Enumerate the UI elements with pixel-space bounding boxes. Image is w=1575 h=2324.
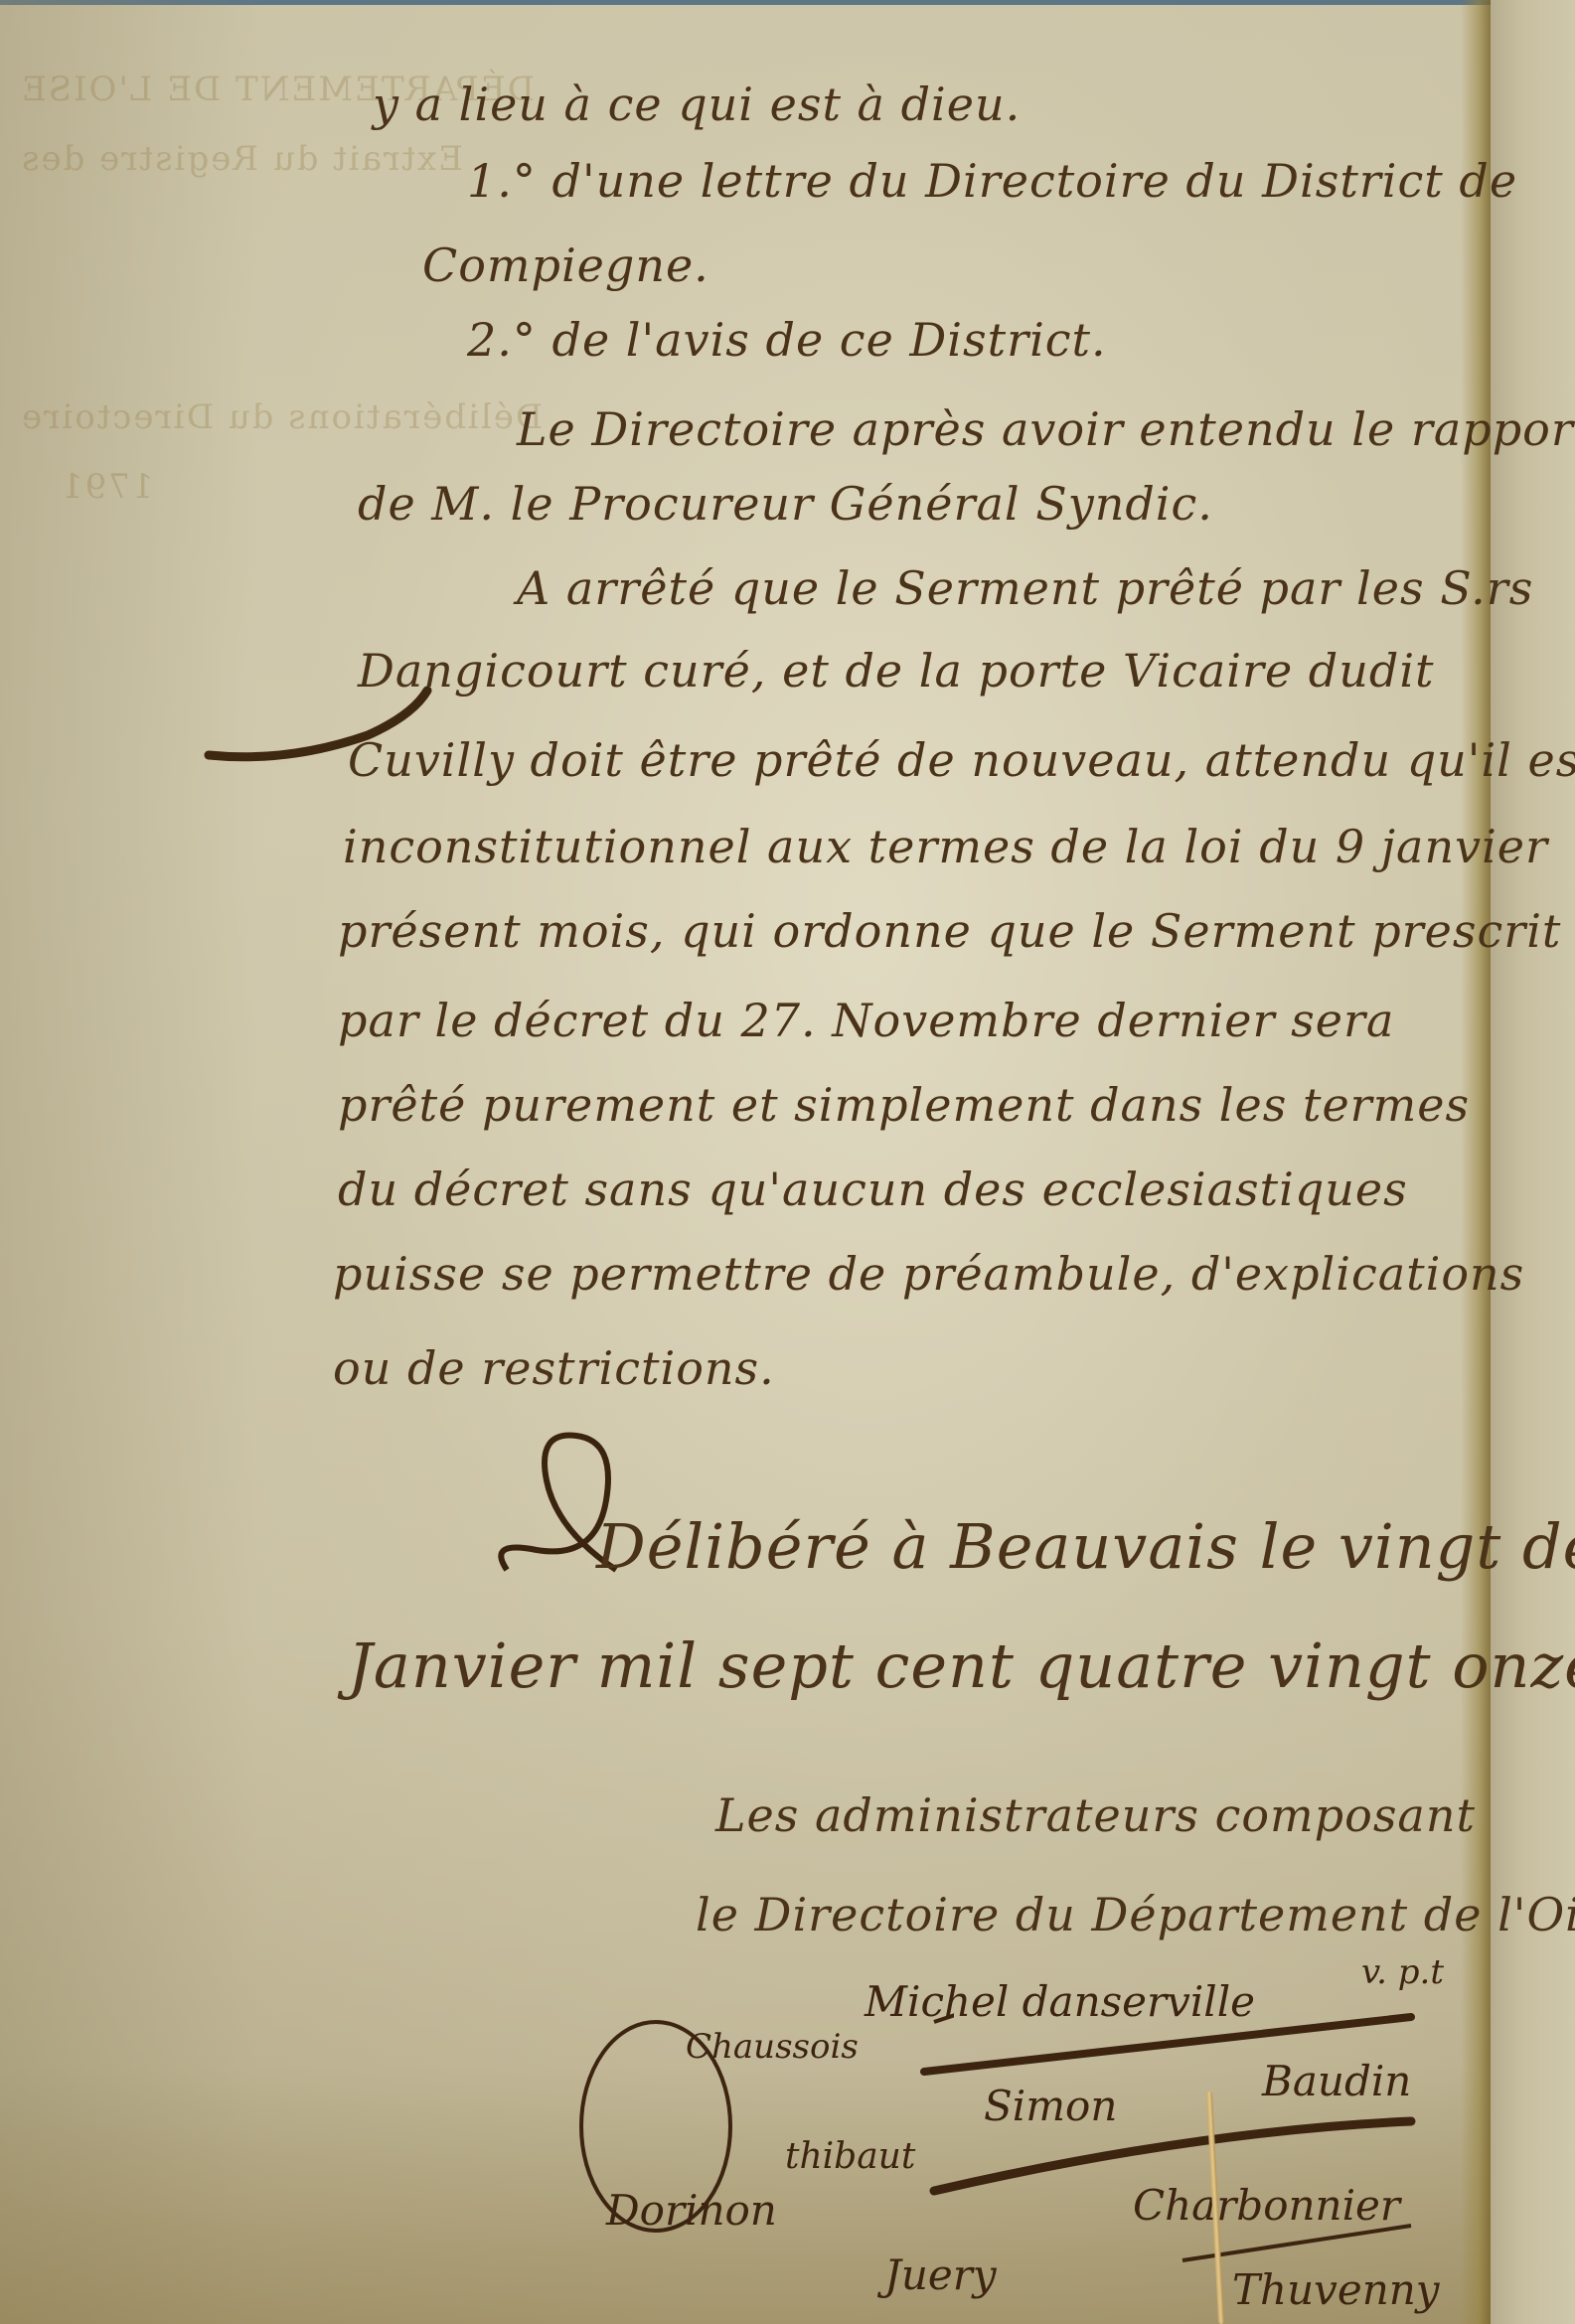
ink-flourish-icon xyxy=(199,686,437,775)
signature-title: v. p.t xyxy=(1361,1952,1444,1992)
adjacent-page-edge xyxy=(1491,0,1575,2324)
left-vignette xyxy=(0,0,258,2324)
manuscript-line: ou de restrictions. xyxy=(333,1341,775,1395)
manuscript-line: A arrêté que le Serment prêté par les S.… xyxy=(517,561,1533,615)
closing-year: Janvier mil sept cent quatre vingt onze xyxy=(348,1629,1575,1702)
manuscript-line: 1.° d'une lettre du Directoire du Distri… xyxy=(467,154,1517,208)
manuscript-line: Cuvilly doit être prêté de nouveau, atte… xyxy=(348,733,1575,787)
signature: Baudin xyxy=(1262,2057,1411,2105)
attestation-line: Les administrateurs composant xyxy=(715,1788,1476,1842)
manuscript-line: puisse se permettre de préambule, d'expl… xyxy=(333,1247,1524,1301)
manuscript-line: inconstitutionnel aux termes de la loi d… xyxy=(343,820,1548,873)
closing-place-date: Délibéré à Beauvais le vingt deux xyxy=(596,1510,1575,1583)
bleed-through-text: Délibérations du Directoire xyxy=(20,397,543,437)
manuscript-photo: DÉPARTEMENT DE L'OISE Extrait du Registr… xyxy=(0,0,1575,2324)
binding-shadow xyxy=(1461,0,1491,2324)
signature: Simon xyxy=(984,2082,1117,2130)
manuscript-line: y a lieu à ce qui est à dieu. xyxy=(373,77,1021,131)
signature: thibaut xyxy=(785,2136,915,2177)
manuscript-line: par le décret du 27. Novembre dernier se… xyxy=(338,994,1394,1047)
signature: Thuvenny xyxy=(1232,2265,1440,2314)
attestation-line: le Directoire du Département de l'Oise. xyxy=(696,1888,1575,1941)
signature: Charbonnier xyxy=(1133,2181,1400,2230)
manuscript-line: Le Directoire après avoir entendu le rap… xyxy=(517,402,1575,456)
manuscript-line: présent mois, qui ordonne que le Serment… xyxy=(338,904,1561,958)
manuscript-line: prêté purement et simplement dans les te… xyxy=(338,1078,1470,1132)
manuscript-line: 2.° de l'avis de ce District. xyxy=(467,313,1107,367)
manuscript-line: de M. le Procureur Général Syndic. xyxy=(358,477,1213,531)
signature: Dorinon xyxy=(606,2186,777,2235)
manuscript-line: Compiegne. xyxy=(422,238,709,292)
signature: Chaussois xyxy=(686,2027,859,2067)
manuscript-line: du décret sans qu'aucun des ecclesiastiq… xyxy=(338,1162,1408,1216)
bleed-through-text: Extrait du Registre des xyxy=(20,139,463,179)
bleed-through-text: 1791 xyxy=(60,467,154,507)
manuscript-line: Dangicourt curé, et de la porte Vicaire … xyxy=(358,644,1435,697)
signature: Juery xyxy=(884,2250,997,2299)
